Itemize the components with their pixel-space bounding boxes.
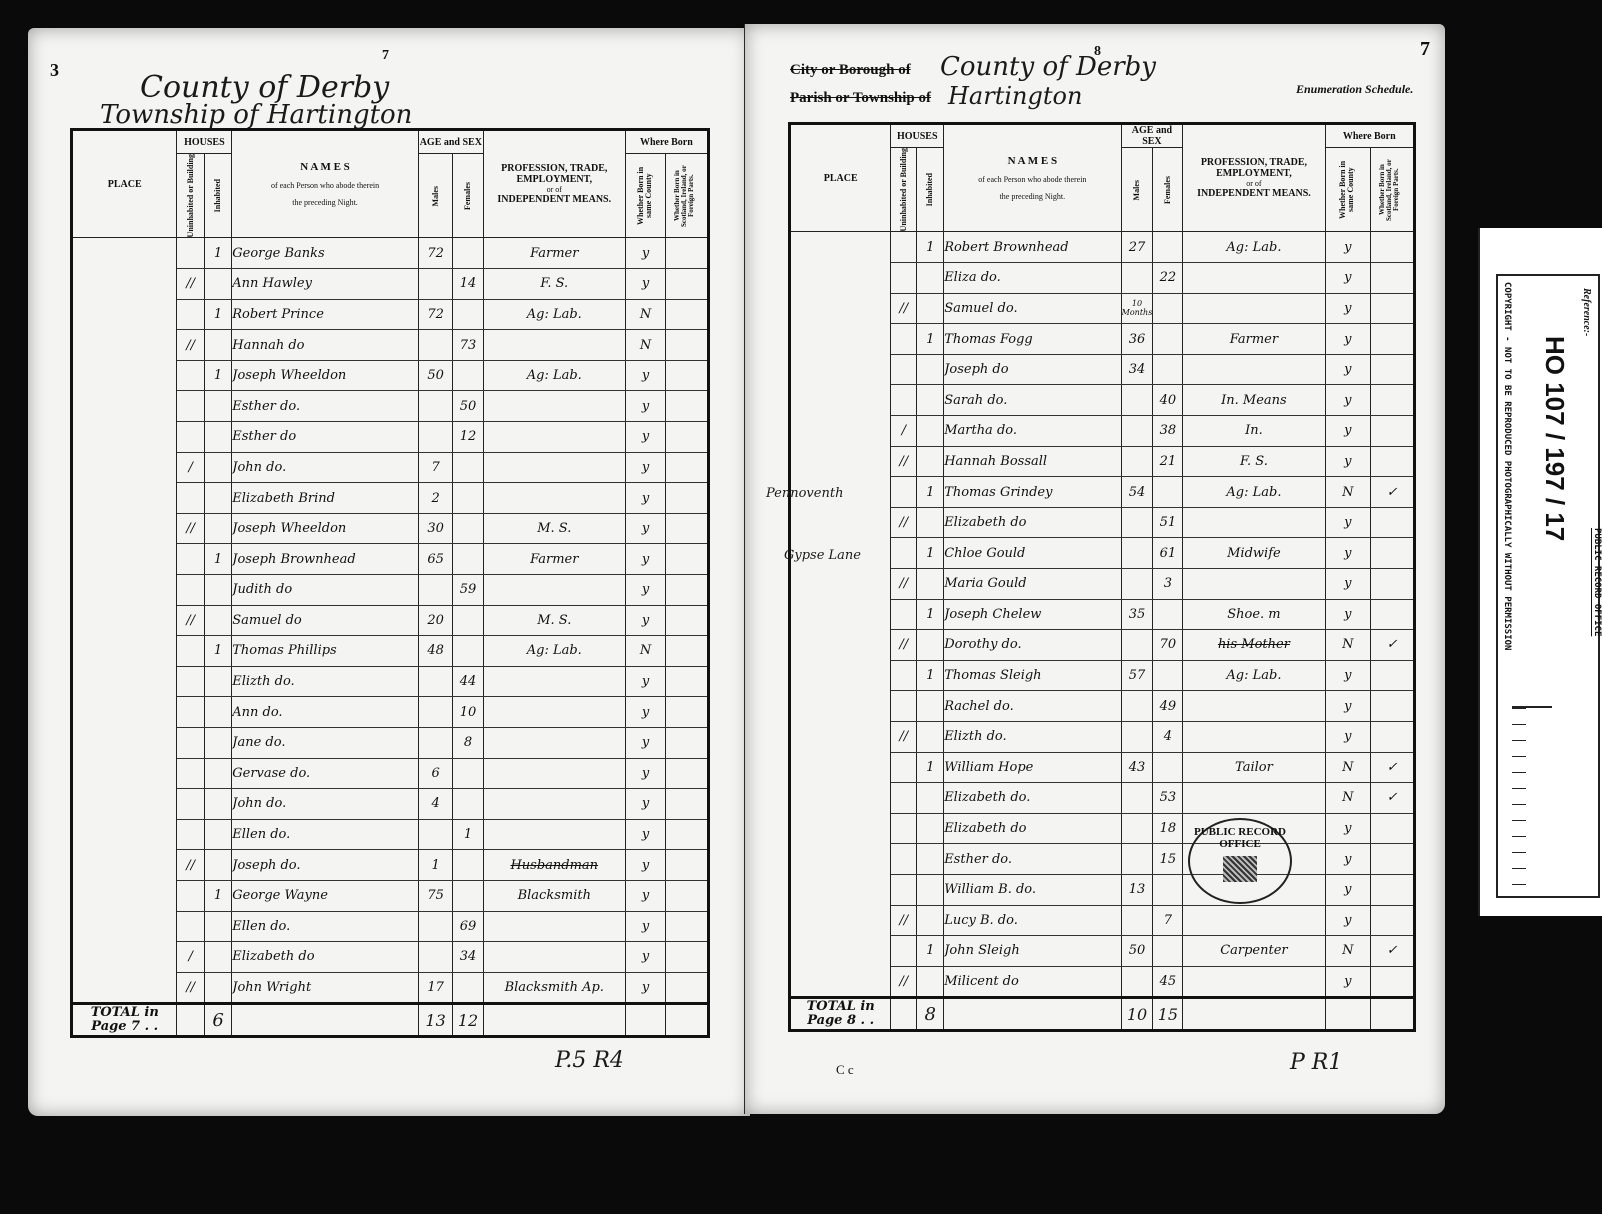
name-cell: Joseph do xyxy=(944,354,1121,385)
inhabited-cell xyxy=(917,446,944,477)
table-row: 1George Wayne75Blacksmithy xyxy=(72,880,709,911)
occupation-cell: Farmer xyxy=(1183,324,1325,355)
table-row: Elizabeth do.53N✓ xyxy=(790,783,1415,814)
born-foreign-cell xyxy=(666,574,709,605)
name-cell: Elizth do. xyxy=(944,721,1121,752)
table-row: /Martha do.38In.y xyxy=(790,416,1415,447)
uninhabited-cell xyxy=(177,666,204,697)
inhabited-cell xyxy=(204,574,231,605)
occupation-cell: Ag: Lab. xyxy=(1183,477,1325,508)
inhabited-cell xyxy=(204,850,231,881)
occupation-cell: Farmer xyxy=(483,544,625,575)
total-occupation xyxy=(1183,998,1325,1031)
male-age-cell: 72 xyxy=(418,238,452,269)
table-row: Joseph do34y xyxy=(790,354,1415,385)
header-names-sub1: of each Person who abode therein xyxy=(944,175,1120,184)
occupation-cell: Husbandman xyxy=(483,850,625,881)
place-cell xyxy=(72,330,177,361)
male-age-cell xyxy=(1121,446,1153,477)
name-cell: Joseph Brownhead xyxy=(232,544,419,575)
place-cell xyxy=(72,238,177,269)
female-age-cell: 38 xyxy=(1153,416,1183,447)
reference-number: HO 107 / 197 / 17 xyxy=(1539,336,1570,541)
male-age-cell: 10 Months xyxy=(1121,293,1153,324)
place-cell xyxy=(790,691,891,722)
occupation-cell: Midwife xyxy=(1183,538,1325,569)
born-foreign-cell xyxy=(666,636,709,667)
female-age-cell: 22 xyxy=(1153,263,1183,294)
name-cell: Samuel do xyxy=(232,605,419,636)
born-foreign-cell xyxy=(666,972,709,1004)
inhabited-cell xyxy=(917,416,944,447)
male-age-cell: 20 xyxy=(418,605,452,636)
inhabited-cell xyxy=(204,697,231,728)
total-born-county xyxy=(1325,998,1371,1031)
table-row: Sarah do.40In. Meansy xyxy=(790,385,1415,416)
place-cell xyxy=(790,354,891,385)
male-age-cell xyxy=(1121,905,1153,936)
inhabited-cell xyxy=(204,422,231,453)
born-county-cell: y xyxy=(625,727,666,758)
born-foreign-cell xyxy=(1371,293,1415,324)
born-county-cell: y xyxy=(1325,599,1371,630)
place-cell xyxy=(790,324,891,355)
male-age-cell: 54 xyxy=(1121,477,1153,508)
name-cell: Elizth do. xyxy=(232,666,419,697)
born-county-cell: y xyxy=(1325,293,1371,324)
table-row: 1William Hope43TailorN✓ xyxy=(790,752,1415,783)
place-cell xyxy=(790,660,891,691)
born-county-cell: y xyxy=(625,972,666,1004)
place-note-1: Pennoventh xyxy=(766,486,843,501)
female-age-cell: 69 xyxy=(453,911,483,942)
header-profession-2: EMPLOYMENT, xyxy=(1183,168,1324,179)
name-cell: John Sleigh xyxy=(944,936,1121,967)
header-born-foreign: Whether Born in Scotland, Ireland, or Fo… xyxy=(674,164,700,228)
occupation-cell xyxy=(1183,263,1325,294)
occupation-cell xyxy=(483,391,625,422)
table-row: 1Joseph Brownhead65Farmery xyxy=(72,544,709,575)
place-cell xyxy=(72,789,177,820)
header-males: Males xyxy=(432,186,440,206)
table-row: 1Chloe Gould61Midwifey xyxy=(790,538,1415,569)
female-age-cell: 7 xyxy=(1153,905,1183,936)
header-uninhabited: Uninhabited or Building xyxy=(187,154,195,237)
inhabited-cell: 1 xyxy=(917,324,944,355)
table-row: Esther do.15y xyxy=(790,844,1415,875)
male-age-cell xyxy=(418,422,452,453)
female-age-cell xyxy=(1153,324,1183,355)
male-age-cell xyxy=(1121,263,1153,294)
schedule-title: Enumeration Schedule. xyxy=(1296,82,1413,97)
female-age-cell xyxy=(1153,293,1183,324)
female-age-cell: 8 xyxy=(453,727,483,758)
occupation-cell: Shoe. m xyxy=(1183,599,1325,630)
male-age-cell: 27 xyxy=(1121,232,1153,263)
born-foreign-cell xyxy=(666,666,709,697)
male-age-cell: 72 xyxy=(418,299,452,330)
occupation-cell: In. xyxy=(1183,416,1325,447)
male-age-cell: 65 xyxy=(418,544,452,575)
occupation-cell xyxy=(1183,691,1325,722)
table-row: 1Thomas Fogg36Farmery xyxy=(790,324,1415,355)
left-footer-note: P.5 R4 xyxy=(555,1048,624,1073)
inhabited-cell xyxy=(917,844,944,875)
born-foreign-cell xyxy=(666,269,709,300)
uninhabited-cell xyxy=(891,752,917,783)
male-age-cell: 17 xyxy=(418,972,452,1004)
inhabited-cell xyxy=(917,568,944,599)
inhabited-cell xyxy=(917,385,944,416)
total-females: 15 xyxy=(1153,998,1183,1031)
male-age-cell: 30 xyxy=(418,513,452,544)
city-borough-value: County of Derby xyxy=(940,52,1156,82)
name-cell: Elizabeth do. xyxy=(944,783,1121,814)
left-page-number: 7 xyxy=(382,48,389,64)
born-county-cell: N xyxy=(625,299,666,330)
uninhabited-cell: / xyxy=(177,452,204,483)
parish-township-label: Parish or Township of xyxy=(790,90,931,107)
header-place: PLACE xyxy=(790,124,891,232)
header-names-title: N A M E S xyxy=(944,155,1120,167)
male-age-cell: 2 xyxy=(418,483,452,514)
place-cell xyxy=(72,880,177,911)
place-cell xyxy=(72,452,177,483)
parish-township-value: Hartington xyxy=(948,82,1082,110)
uninhabited-cell: // xyxy=(891,905,917,936)
stamp-text: PUBLIC RECORD OFFICE xyxy=(1190,826,1290,850)
total-label-line2: Page 8 . . xyxy=(791,1014,890,1028)
header-age-sex: AGE and SEX xyxy=(418,130,483,154)
occupation-cell: F. S. xyxy=(483,269,625,300)
born-county-cell: y xyxy=(625,483,666,514)
female-age-cell xyxy=(453,483,483,514)
header-where-born: Where Born xyxy=(1325,124,1415,148)
born-county-cell: y xyxy=(1325,507,1371,538)
male-age-cell xyxy=(418,942,452,973)
table-row: //Milicent do45y xyxy=(790,966,1415,998)
inhabited-cell xyxy=(204,819,231,850)
copyright-notice: COPYRIGHT - NOT TO BE REPRODUCED PHOTOGR… xyxy=(1502,282,1512,650)
born-county-cell: y xyxy=(625,574,666,605)
table-row: Rachel do.49y xyxy=(790,691,1415,722)
occupation-cell xyxy=(483,422,625,453)
female-age-cell: 70 xyxy=(1153,630,1183,661)
reference-card: Reference:- HO 107 / 197 / 17 COPYRIGHT … xyxy=(1478,228,1602,916)
male-age-cell: 43 xyxy=(1121,752,1153,783)
born-foreign-cell xyxy=(1371,905,1415,936)
uninhabited-cell xyxy=(891,874,917,905)
occupation-cell xyxy=(1183,783,1325,814)
place-cell xyxy=(790,874,891,905)
uninhabited-cell xyxy=(891,936,917,967)
male-age-cell xyxy=(1121,783,1153,814)
female-age-cell xyxy=(1153,477,1183,508)
female-age-cell: 45 xyxy=(1153,966,1183,998)
uninhabited-cell xyxy=(177,636,204,667)
table-row: 1Joseph Chelew35Shoe. my xyxy=(790,599,1415,630)
inhabited-cell xyxy=(204,911,231,942)
table-row: 1John Sleigh50CarpenterN✓ xyxy=(790,936,1415,967)
name-cell: Rachel do. xyxy=(944,691,1121,722)
left-corner-mark: 3 xyxy=(50,60,59,81)
born-county-cell: y xyxy=(1325,568,1371,599)
occupation-cell: M. S. xyxy=(483,605,625,636)
born-foreign-cell xyxy=(1371,599,1415,630)
born-county-cell: y xyxy=(625,605,666,636)
table-row: Eliza do.22y xyxy=(790,263,1415,294)
table-row: Elizabeth Brind2y xyxy=(72,483,709,514)
occupation-cell xyxy=(483,330,625,361)
total-males: 13 xyxy=(418,1004,452,1037)
born-county-cell: y xyxy=(625,360,666,391)
total-label: TOTAL inPage 8 . . xyxy=(790,998,891,1031)
name-cell: Thomas Grindey xyxy=(944,477,1121,508)
place-cell xyxy=(72,574,177,605)
male-age-cell xyxy=(1121,385,1153,416)
table-row: Gervase do.6y xyxy=(72,758,709,789)
table-row: 1Thomas Grindey54Ag: Lab.N✓ xyxy=(790,477,1415,508)
born-county-cell: N xyxy=(625,330,666,361)
name-cell: Dorothy do. xyxy=(944,630,1121,661)
born-foreign-cell xyxy=(666,360,709,391)
inhabited-cell xyxy=(917,783,944,814)
uninhabited-cell: // xyxy=(891,568,917,599)
total-inhabited: 8 xyxy=(917,998,944,1031)
female-age-cell xyxy=(453,972,483,1004)
total-names xyxy=(944,998,1121,1031)
male-age-cell xyxy=(1121,507,1153,538)
place-cell xyxy=(72,483,177,514)
occupation-cell: F. S. xyxy=(1183,446,1325,477)
name-cell: Elizabeth do xyxy=(232,942,419,973)
inhabited-cell xyxy=(204,513,231,544)
total-uninhabited xyxy=(891,998,917,1031)
name-cell: William B. do. xyxy=(944,874,1121,905)
inhabited-cell: 1 xyxy=(204,544,231,575)
inhabited-cell xyxy=(917,721,944,752)
header-males: Males xyxy=(1133,180,1141,200)
inhabited-cell: 1 xyxy=(917,232,944,263)
female-age-cell: 73 xyxy=(453,330,483,361)
female-age-cell xyxy=(453,758,483,789)
born-foreign-cell xyxy=(1371,324,1415,355)
born-foreign-cell xyxy=(1371,691,1415,722)
name-cell: Ann do. xyxy=(232,697,419,728)
inhabited-cell: 1 xyxy=(917,936,944,967)
name-cell: William Hope xyxy=(944,752,1121,783)
name-cell: Hannah do xyxy=(232,330,419,361)
male-age-cell: 75 xyxy=(418,880,452,911)
place-cell xyxy=(790,263,891,294)
inhabited-cell: 1 xyxy=(204,238,231,269)
inhabited-cell xyxy=(204,942,231,973)
place-cell xyxy=(72,942,177,973)
born-county-cell: y xyxy=(625,697,666,728)
total-label-line1: TOTAL in xyxy=(73,1006,176,1020)
header-profession-4: INDEPENDENT MEANS. xyxy=(484,194,625,205)
born-county-cell: y xyxy=(625,238,666,269)
place-cell xyxy=(790,568,891,599)
occupation-cell xyxy=(483,697,625,728)
name-cell: Maria Gould xyxy=(944,568,1121,599)
male-age-cell: 13 xyxy=(1121,874,1153,905)
occupation-cell xyxy=(483,483,625,514)
inhabited-cell: 1 xyxy=(204,360,231,391)
inhabited-cell: 1 xyxy=(917,660,944,691)
occupation-cell xyxy=(483,574,625,605)
born-foreign-cell xyxy=(666,605,709,636)
total-occupation xyxy=(483,1004,625,1037)
place-cell xyxy=(72,819,177,850)
total-label: TOTAL inPage 7 . . xyxy=(72,1004,177,1037)
uninhabited-cell xyxy=(891,232,917,263)
name-cell: Ellen do. xyxy=(232,819,419,850)
female-age-cell xyxy=(453,513,483,544)
born-county-cell: y xyxy=(625,544,666,575)
born-county-cell: y xyxy=(625,911,666,942)
female-age-cell xyxy=(1153,936,1183,967)
name-cell: Eliza do. xyxy=(944,263,1121,294)
inhabited-cell xyxy=(917,966,944,998)
name-cell: Samuel do. xyxy=(944,293,1121,324)
male-age-cell: 36 xyxy=(1121,324,1153,355)
name-cell: Elizabeth do xyxy=(944,507,1121,538)
left-township-line: Township of Hartington xyxy=(100,100,412,130)
occupation-cell: M. S. xyxy=(483,513,625,544)
male-age-cell xyxy=(1121,630,1153,661)
occupation-cell: In. Means xyxy=(1183,385,1325,416)
male-age-cell xyxy=(418,727,452,758)
born-county-cell: y xyxy=(1325,691,1371,722)
uninhabited-cell xyxy=(177,360,204,391)
right-footer-note: P R1 xyxy=(1290,1050,1342,1075)
born-foreign-cell xyxy=(1371,813,1415,844)
occupation-cell xyxy=(483,942,625,973)
born-foreign-cell xyxy=(666,330,709,361)
born-foreign-cell xyxy=(666,483,709,514)
born-foreign-cell xyxy=(666,727,709,758)
place-cell xyxy=(790,966,891,998)
place-cell xyxy=(72,605,177,636)
uninhabited-cell xyxy=(177,911,204,942)
name-cell: Esther do. xyxy=(944,844,1121,875)
header-females: Females xyxy=(464,182,472,210)
born-county-cell: y xyxy=(625,819,666,850)
name-cell: Joseph Wheeldon xyxy=(232,513,419,544)
born-foreign-cell xyxy=(666,391,709,422)
uninhabited-cell xyxy=(177,299,204,330)
male-age-cell: 4 xyxy=(418,789,452,820)
inhabited-cell xyxy=(917,874,944,905)
born-foreign-cell xyxy=(666,422,709,453)
born-foreign-cell xyxy=(1371,446,1415,477)
occupation-cell: his Mother xyxy=(1183,630,1325,661)
total-label-line1: TOTAL in xyxy=(791,1000,890,1014)
uninhabited-cell xyxy=(891,385,917,416)
occupation-cell xyxy=(1183,721,1325,752)
female-age-cell: 4 xyxy=(1153,721,1183,752)
occupation-cell: Tailor xyxy=(1183,752,1325,783)
table-row: William B. do.13y xyxy=(790,874,1415,905)
header-profession-1: PROFESSION, TRADE, xyxy=(484,163,625,174)
table-row: Judith do59y xyxy=(72,574,709,605)
header-profession-2: EMPLOYMENT, xyxy=(484,174,625,185)
right-census-table: PLACE HOUSES N A M E S of each Person wh… xyxy=(788,122,1416,1032)
table-row: 1Robert Prince72Ag: Lab.N xyxy=(72,299,709,330)
table-row: //Samuel do.10 Monthsy xyxy=(790,293,1415,324)
born-county-cell: y xyxy=(1325,385,1371,416)
record-office-label: PUBLIC RECORD OFFICE xyxy=(1592,528,1602,636)
born-county-cell: y xyxy=(1325,874,1371,905)
table-row: Jane do.8y xyxy=(72,727,709,758)
born-foreign-cell xyxy=(1371,232,1415,263)
uninhabited-cell xyxy=(177,422,204,453)
born-county-cell: y xyxy=(1325,660,1371,691)
female-age-cell: 61 xyxy=(1153,538,1183,569)
male-age-cell xyxy=(418,391,452,422)
born-foreign-cell: ✓ xyxy=(1371,783,1415,814)
male-age-cell: 48 xyxy=(418,636,452,667)
place-cell xyxy=(72,850,177,881)
place-cell xyxy=(790,936,891,967)
occupation-cell: Ag: Lab. xyxy=(483,299,625,330)
male-age-cell xyxy=(418,697,452,728)
born-foreign-cell xyxy=(666,758,709,789)
table-row: Elizth do.44y xyxy=(72,666,709,697)
inhabited-cell xyxy=(917,354,944,385)
total-label-line2: Page 7 . . xyxy=(73,1020,176,1034)
header-profession-3: or of xyxy=(1183,179,1324,188)
header-inhabited: Inhabited xyxy=(214,179,222,212)
total-born-foreign xyxy=(666,1004,709,1037)
table-row: //Elizabeth do51y xyxy=(790,507,1415,538)
occupation-cell: Ag: Lab. xyxy=(1183,660,1325,691)
name-cell: Robert Prince xyxy=(232,299,419,330)
occupation-cell xyxy=(483,789,625,820)
female-age-cell: 21 xyxy=(1153,446,1183,477)
born-foreign-cell xyxy=(666,942,709,973)
place-cell xyxy=(72,544,177,575)
table-row: Ellen do.1y xyxy=(72,819,709,850)
occupation-cell xyxy=(483,758,625,789)
table-row: //Hannah do73N xyxy=(72,330,709,361)
female-age-cell: 14 xyxy=(453,269,483,300)
table-row: //Hannah Bossall21F. S.y xyxy=(790,446,1415,477)
born-county-cell: y xyxy=(625,422,666,453)
born-county-cell: N xyxy=(1325,477,1371,508)
uninhabited-cell xyxy=(891,354,917,385)
name-cell: Joseph Chelew xyxy=(944,599,1121,630)
born-foreign-cell xyxy=(1371,354,1415,385)
born-county-cell: y xyxy=(1325,538,1371,569)
inhabited-cell xyxy=(204,605,231,636)
born-foreign-cell xyxy=(666,452,709,483)
name-cell: John do. xyxy=(232,789,419,820)
born-county-cell: y xyxy=(625,758,666,789)
name-cell: Lucy B. do. xyxy=(944,905,1121,936)
born-foreign-cell xyxy=(1371,263,1415,294)
inhabited-cell xyxy=(917,905,944,936)
uninhabited-cell xyxy=(177,758,204,789)
born-county-cell: y xyxy=(625,452,666,483)
inhabited-cell xyxy=(204,391,231,422)
male-age-cell xyxy=(1121,691,1153,722)
born-foreign-cell xyxy=(1371,507,1415,538)
header-profession: PROFESSION, TRADE, EMPLOYMENT, or of IND… xyxy=(483,130,625,238)
name-cell: Martha do. xyxy=(944,416,1121,447)
male-age-cell: 57 xyxy=(1121,660,1153,691)
